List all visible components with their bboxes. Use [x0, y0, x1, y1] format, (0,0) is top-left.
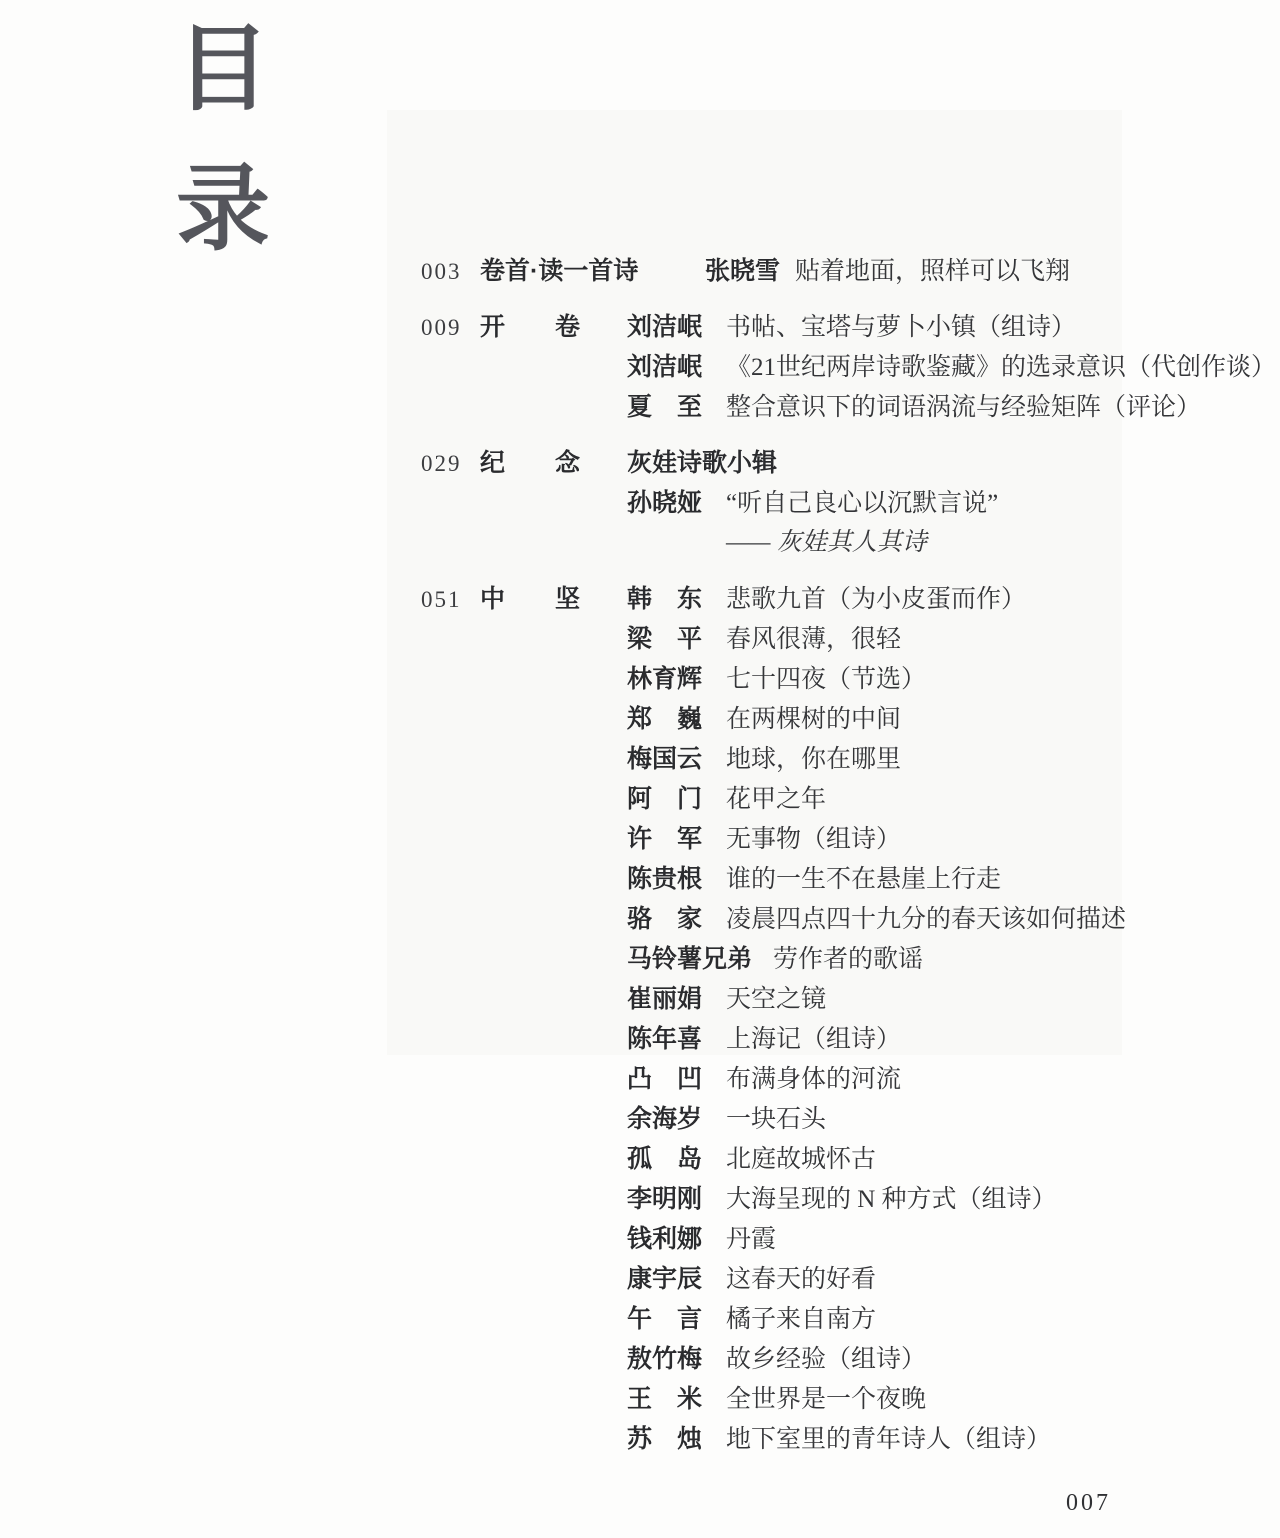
toc-author: 苏 烛 — [627, 1419, 705, 1459]
toc-author: 骆 家 — [627, 899, 705, 939]
toc-author: 郑 巍 — [627, 699, 705, 739]
toc-row: 陈贵根谁的一生不在悬崖上行走 — [421, 859, 1276, 899]
toc-row: 余海岁一块石头 — [421, 1099, 1276, 1139]
toc-author: 陈贵根 — [627, 859, 705, 899]
toc-author: 许 军 — [627, 819, 705, 859]
toc-title: “听自己良心以沉默言说” — [726, 484, 998, 524]
toc-author: 王 米 — [627, 1379, 705, 1419]
toc-author: 康宇辰 — [627, 1259, 705, 1299]
toc-title: 天空之镜 — [726, 980, 826, 1020]
toc-author: 孤 岛 — [627, 1139, 705, 1179]
toc-row: —— 灰娃其人其诗 — [421, 523, 1276, 563]
toc-section-name: 开 卷 — [480, 307, 627, 347]
toc-author: 灰娃诗歌小辑 — [627, 443, 777, 483]
toc-author: 张晓雪 — [705, 251, 783, 291]
toc-title: 丹霞 — [726, 1220, 776, 1260]
toc-title: 地球，你在哪里 — [726, 740, 901, 780]
toc-title: 劳作者的歌谣 — [773, 940, 923, 980]
toc-author: 午 言 — [627, 1299, 705, 1339]
toc-section-name: 卷首·读一首诗 — [480, 251, 705, 291]
toc-row: 051中 坚韩 东悲歌九首（为小皮蛋而作） — [421, 579, 1276, 619]
toc-row: 009开 卷刘洁岷书帖、宝塔与萝卜小镇（组诗） — [421, 307, 1276, 347]
toc-row: 林育辉七十四夜（节选） — [421, 659, 1276, 699]
toc-title: 谁的一生不在悬崖上行走 — [726, 860, 1001, 900]
toc-row: 029纪 念灰娃诗歌小辑 — [421, 443, 1276, 483]
toc-author: 林育辉 — [627, 659, 705, 699]
toc-page-number: 009 — [421, 308, 480, 348]
toc-title: 全世界是一个夜晚 — [726, 1380, 926, 1420]
toc-author: 余海岁 — [627, 1099, 705, 1139]
toc-author: 刘洁岷 — [627, 307, 705, 347]
toc-title: 北庭故城怀古 — [726, 1140, 876, 1180]
toc-row: 康宇辰这春天的好看 — [421, 1259, 1276, 1299]
toc-author: 崔丽娟 — [627, 979, 705, 1019]
toc-title: 悲歌九首（为小皮蛋而作） — [726, 580, 1026, 620]
toc-title: 橘子来自南方 — [726, 1300, 876, 1340]
toc-author: 刘洁岷 — [627, 347, 705, 387]
toc-row: 孤 岛北庭故城怀古 — [421, 1139, 1276, 1179]
toc-row: 许 军无事物（组诗） — [421, 819, 1276, 859]
toc-row: 李明刚大海呈现的 N 种方式（组诗） — [421, 1179, 1276, 1219]
toc-row: 刘洁岷《21世纪两岸诗歌鉴藏》的选录意识（代创作谈） — [421, 347, 1276, 387]
toc-author: 梅国云 — [627, 739, 705, 779]
toc-row: 孙晓娅“听自己良心以沉默言说” — [421, 483, 1276, 523]
page-number: 007 — [1066, 1490, 1111, 1517]
toc-title: 无事物（组诗） — [726, 820, 901, 860]
toc-author: 钱利娜 — [627, 1219, 705, 1259]
toc-title: 七十四夜（节选） — [726, 660, 926, 700]
toc-author: 夏 至 — [627, 387, 705, 427]
toc-row: 敖竹梅故乡经验（组诗） — [421, 1339, 1276, 1379]
toc-title: 在两棵树的中间 — [726, 700, 901, 740]
toc-row: 骆 家凌晨四点四十九分的春天该如何描述 — [421, 899, 1276, 939]
toc-title: 凌晨四点四十九分的春天该如何描述 — [726, 900, 1126, 940]
toc-row: 马铃薯兄弟劳作者的歌谣 — [421, 939, 1276, 979]
toc-row: 郑 巍在两棵树的中间 — [421, 699, 1276, 739]
toc-row: 凸 凹布满身体的河流 — [421, 1059, 1276, 1099]
toc-row: 夏 至整合意识下的词语涡流与经验矩阵（评论） — [421, 387, 1276, 427]
toc-page-number: 051 — [421, 580, 480, 620]
toc-title: 花甲之年 — [726, 780, 826, 820]
toc-section-name: 纪 念 — [480, 443, 627, 483]
toc-row: 王 米全世界是一个夜晚 — [421, 1379, 1276, 1419]
toc-author: 敖竹梅 — [627, 1339, 705, 1379]
toc-subtitle: —— 灰娃其人其诗 — [726, 523, 927, 563]
toc-author: 梁 平 — [627, 619, 705, 659]
toc-row: 崔丽娟天空之镜 — [421, 979, 1276, 1019]
toc-page-number: 003 — [421, 252, 480, 292]
toc-title: 布满身体的河流 — [726, 1060, 901, 1100]
toc-author: 孙晓娅 — [627, 483, 705, 523]
toc-title: 春风很薄，很轻 — [726, 620, 901, 660]
page-title: 目 录 — [176, 22, 270, 256]
toc-page-number: 029 — [421, 444, 480, 484]
toc-title: 一块石头 — [726, 1100, 826, 1140]
toc-section: 003卷首·读一首诗张晓雪贴着地面，照样可以飞翔 — [421, 251, 1276, 291]
toc-row: 阿 门花甲之年 — [421, 779, 1276, 819]
toc-title: 故乡经验（组诗） — [726, 1340, 926, 1380]
toc-section-name: 中 坚 — [480, 579, 627, 619]
toc-title: 贴着地面，照样可以飞翔 — [795, 252, 1070, 292]
toc-title: 这春天的好看 — [726, 1260, 876, 1300]
toc-row: 陈年喜上海记（组诗） — [421, 1019, 1276, 1059]
toc-title: 整合意识下的词语涡流与经验矩阵（评论） — [726, 388, 1201, 428]
toc-section: 029纪 念灰娃诗歌小辑孙晓娅“听自己良心以沉默言说”—— 灰娃其人其诗 — [421, 443, 1276, 563]
toc-author: 马铃薯兄弟 — [627, 939, 752, 979]
page-title-char-1: 目 — [176, 22, 270, 116]
toc-title: 书帖、宝塔与萝卜小镇（组诗） — [726, 308, 1076, 348]
toc-author: 陈年喜 — [627, 1019, 705, 1059]
toc-row: 003卷首·读一首诗张晓雪贴着地面，照样可以飞翔 — [421, 251, 1276, 291]
toc-row: 苏 烛地下室里的青年诗人（组诗） — [421, 1419, 1276, 1459]
toc-title: 大海呈现的 N 种方式（组诗） — [726, 1180, 1057, 1220]
toc-title: 上海记（组诗） — [726, 1020, 901, 1060]
toc-author: 阿 门 — [627, 779, 705, 819]
toc-title: 地下室里的青年诗人（组诗） — [726, 1420, 1051, 1460]
toc-page: 目 录 003卷首·读一首诗张晓雪贴着地面，照样可以飞翔009开 卷刘洁岷书帖、… — [0, 0, 1280, 1538]
toc-section: 051中 坚韩 东悲歌九首（为小皮蛋而作）梁 平春风很薄，很轻林育辉七十四夜（节… — [421, 579, 1276, 1459]
toc-title: 《21世纪两岸诗歌鉴藏》的选录意识（代创作谈） — [726, 348, 1276, 388]
toc-row: 梅国云地球，你在哪里 — [421, 739, 1276, 779]
toc-row: 梁 平春风很薄，很轻 — [421, 619, 1276, 659]
toc-row: 午 言橘子来自南方 — [421, 1299, 1276, 1339]
toc-list: 003卷首·读一首诗张晓雪贴着地面，照样可以飞翔009开 卷刘洁岷书帖、宝塔与萝… — [421, 251, 1276, 1475]
toc-row: 钱利娜丹霞 — [421, 1219, 1276, 1259]
toc-author: 韩 东 — [627, 579, 705, 619]
toc-author: 李明刚 — [627, 1179, 705, 1219]
toc-section: 009开 卷刘洁岷书帖、宝塔与萝卜小镇（组诗）刘洁岷《21世纪两岸诗歌鉴藏》的选… — [421, 307, 1276, 427]
page-title-char-2: 录 — [176, 162, 270, 256]
toc-author: 凸 凹 — [627, 1059, 705, 1099]
